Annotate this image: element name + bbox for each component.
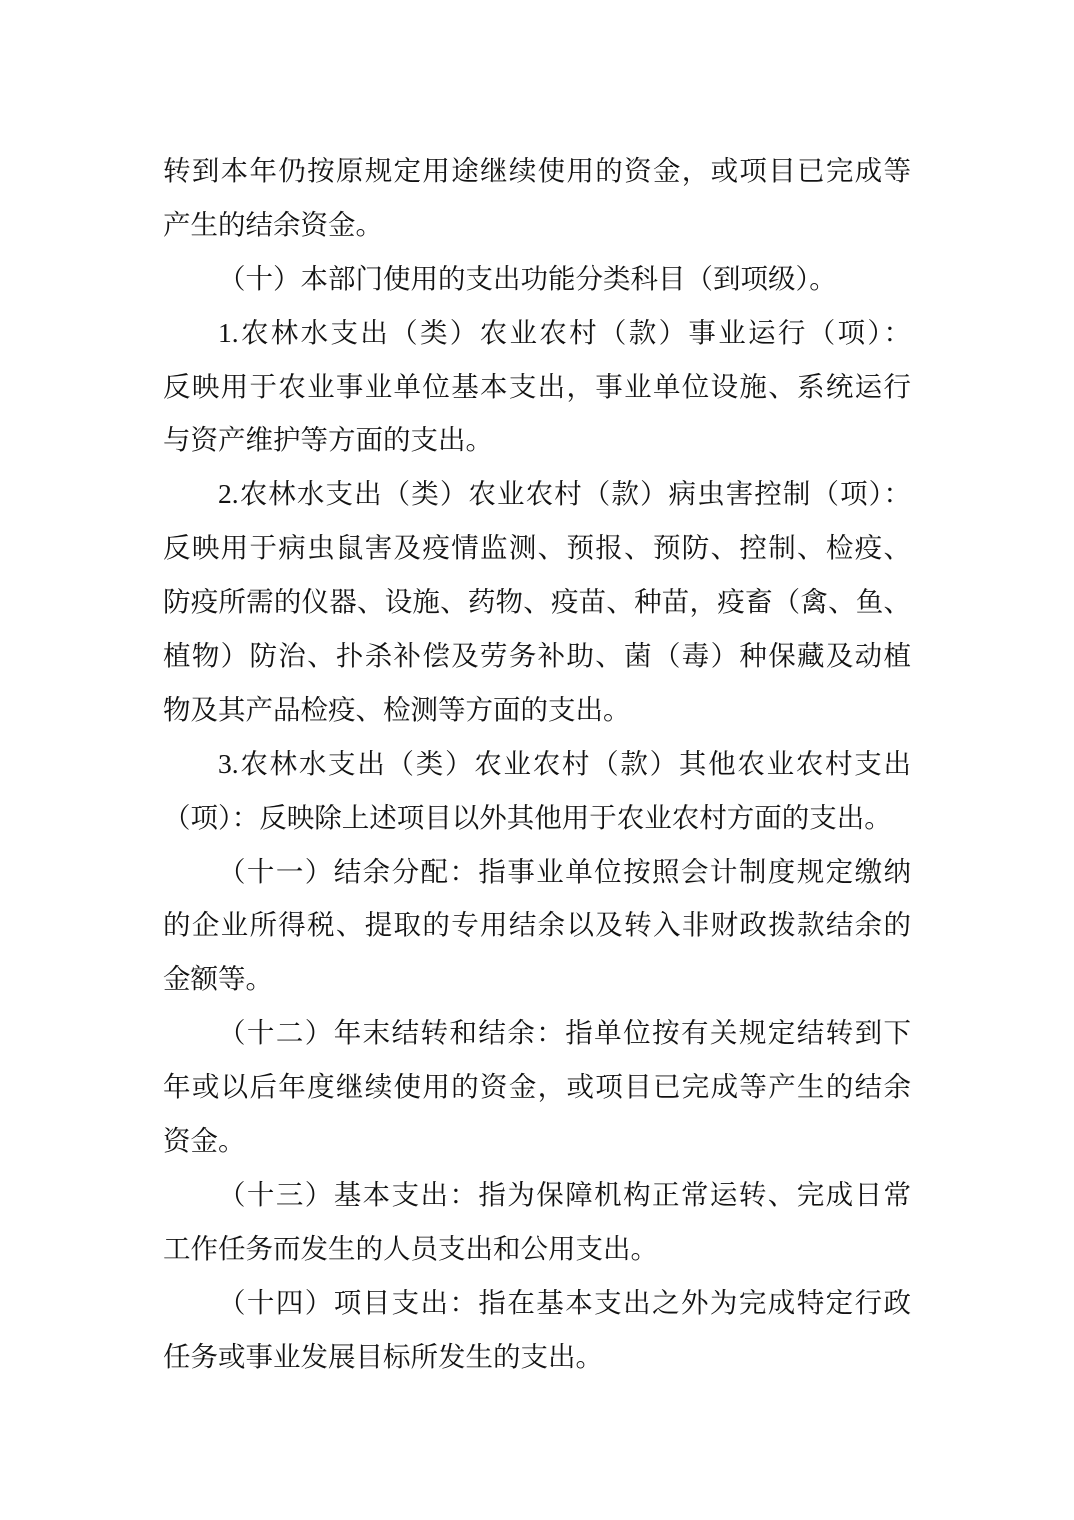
text-line: 反映用于病虫鼠害及疫情监测、预报、预防、控制、检疫、 bbox=[163, 521, 911, 575]
text-line: 反映用于农业事业单位基本支出，事业单位设施、系统运行 bbox=[163, 360, 911, 414]
text-line: 3.农林水支出（类）农业农村（款）其他农业农村支出 bbox=[163, 737, 911, 791]
text-line: 2.农林水支出（类）农业农村（款）病虫害控制（项）： bbox=[163, 467, 911, 521]
text-line: 金额等。 bbox=[163, 952, 911, 1006]
text-line: （十）本部门使用的支出功能分类科目（到项级）。 bbox=[163, 252, 911, 306]
text-line: 防疫所需的仪器、设施、药物、疫苗、种苗，疫畜（禽、鱼、 bbox=[163, 575, 911, 629]
text-line: （项）：反映除上述项目以外其他用于农业农村方面的支出。 bbox=[163, 791, 911, 845]
text-line: （十三）基本支出：指为保障机构正常运转、完成日常 bbox=[163, 1168, 911, 1222]
text-line: （十二）年末结转和结余：指单位按有关规定结转到下 bbox=[163, 1006, 911, 1060]
text-line: 任务或事业发展目标所发生的支出。 bbox=[163, 1330, 911, 1384]
document-text: 转到本年仍按原规定用途继续使用的资金，或项目已完成等产生的结余资金。（十）本部门… bbox=[163, 144, 911, 1383]
text-line: 转到本年仍按原规定用途继续使用的资金，或项目已完成等 bbox=[163, 144, 911, 198]
text-line: 物及其产品检疫、检测等方面的支出。 bbox=[163, 683, 911, 737]
text-line: 的企业所得税、提取的专用结余以及转入非财政拨款结余的 bbox=[163, 898, 911, 952]
text-line: 产生的结余资金。 bbox=[163, 198, 911, 252]
text-line: 资金。 bbox=[163, 1114, 911, 1168]
text-line: 与资产维护等方面的支出。 bbox=[163, 413, 911, 467]
text-line: 年或以后年度继续使用的资金，或项目已完成等产生的结余 bbox=[163, 1060, 911, 1114]
text-line: （十四）项目支出：指在基本支出之外为完成特定行政 bbox=[163, 1276, 911, 1330]
text-line: （十一）结余分配：指事业单位按照会计制度规定缴纳 bbox=[163, 845, 911, 899]
text-line: 工作任务而发生的人员支出和公用支出。 bbox=[163, 1222, 911, 1276]
text-line: 1.农林水支出（类）农业农村（款）事业运行（项）： bbox=[163, 306, 911, 360]
document-page: 转到本年仍按原规定用途继续使用的资金，或项目已完成等产生的结余资金。（十）本部门… bbox=[0, 0, 1074, 1520]
text-line: 植物）防治、扑杀补偿及劳务补助、菌（毒）种保藏及动植 bbox=[163, 629, 911, 683]
